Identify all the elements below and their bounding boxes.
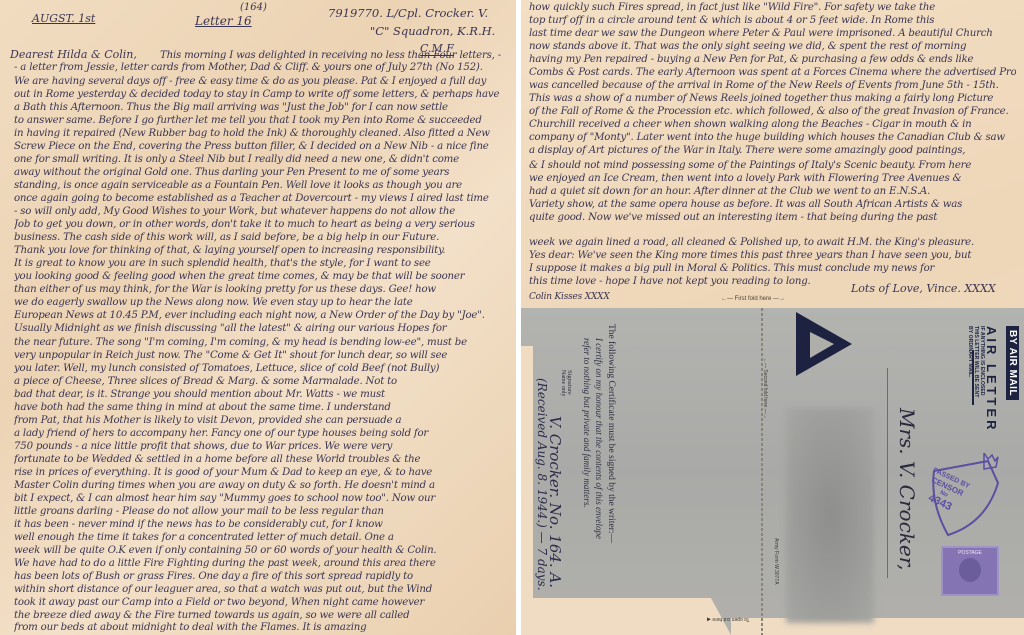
letter-line: the breeze died away & the Fire turned t… (14, 610, 508, 621)
letter-line: top turf off in a circle around tent & w… (529, 15, 1016, 26)
letter-line: it has been - never mind if the news has… (14, 519, 508, 530)
letter-line: than either of us may think, for the War… (14, 284, 508, 295)
postage-stamp: POSTAGE (941, 546, 999, 596)
open-cut-text: To open cut here (712, 616, 749, 622)
letter-line: now stands above it. That was the only s… (529, 41, 1016, 52)
letter-line: a piece of Cheese, Three slices of Bread… (14, 376, 508, 387)
letter-line: We have had to do a little Fire Fighting… (14, 558, 508, 569)
redacted-address (786, 408, 874, 623)
letter-line: Usually Midnight as we finish discussing… (14, 323, 508, 334)
letter-line: was cancelled because of the arrival in … (529, 80, 1016, 91)
letter-line: This morning I was delighted in receivin… (160, 50, 508, 61)
first-fold-text: First fold here (735, 296, 772, 302)
letter-line: - so will only add, My Good Wishes to yo… (14, 206, 508, 217)
arrow-right-icon: —→ (773, 296, 785, 302)
letter-line: how quickly such Fires spread, in fact j… (529, 2, 1016, 13)
air-letter-title: AIR LETTER (984, 326, 999, 433)
enclosure-notice-line: IF ANYTHING IS ENCLOSED (979, 326, 985, 397)
letter-line: Job to get you down, or in other words, … (14, 219, 508, 230)
letter-line: Yes dear: We've seen the King more times… (529, 250, 1016, 261)
certificate-line-1: I certify on my honour that the contents… (594, 338, 604, 539)
letter-line: a display of Art pictures of the War in … (529, 145, 1016, 156)
letter-line: We are having several days off - free & … (14, 76, 508, 87)
letter-line: Churchill received a cheer when shown wa… (529, 119, 1016, 130)
letter-line: rise in prices of everything. It is good… (14, 467, 508, 478)
letter-line: had a quiet sit down for an hour. After … (529, 186, 1016, 197)
certificate-heading: The following Certificate must be signed… (606, 324, 616, 543)
letter-line: European News at 10.45 P.M, ever includi… (14, 310, 508, 321)
letter-line: This was a show of a number of News Reel… (529, 93, 1016, 104)
letter-line: we do eagerly swallow up the News along … (14, 297, 508, 308)
envelope-bottom-strip (731, 618, 1024, 635)
received-note: (Received Aug. 8. 1944.) — 7 days. (535, 378, 549, 591)
letter-line: of the Fall of Rome & the Procession etc… (529, 106, 1016, 117)
second-fold-text: Second fold here (762, 369, 768, 407)
letter-line: business. The cash side of this work wil… (14, 232, 508, 243)
letter-closing: Lots of Love, Vince. XXXX (851, 282, 996, 295)
letter-line: & I should not mind possessing some of t… (529, 160, 1016, 171)
envelope-bottom-flap (521, 598, 731, 635)
letter-line: in having it repaired (New Rubber bag to… (14, 128, 508, 139)
letter-line: out in Rome yesterday & decided today to… (14, 89, 508, 100)
airmail-triangle-icon (794, 310, 854, 378)
letter-line: quite good. Now we've missed out an inte… (529, 212, 1016, 223)
letter-page-left: AUGST. 1st (164) Letter 16 7919770. L/Cp… (0, 0, 516, 635)
signature-label: Signature (566, 370, 573, 397)
arrow-left-icon: ←— (721, 296, 735, 302)
arrow-right-icon: —→ (762, 407, 768, 418)
by-air-mail-badge: BY AIR MAIL (1006, 326, 1019, 400)
letter-line: week will be quite O.K even if only cont… (14, 545, 508, 556)
letter-line: Thank you love for thinking of that, & l… (14, 245, 508, 256)
letter-line: the near future. The song "I'm coming, I… (14, 337, 508, 348)
letter-line: once again going to become established a… (14, 193, 508, 204)
certificate-line-2: refer to nothing but private and family … (582, 338, 592, 508)
letter-line: standing, is once again serviceable as a… (14, 180, 508, 191)
letter-line: Variety show, at the same opera house as… (529, 199, 1016, 210)
letter-line: week we again lined a road, all cleaned … (529, 237, 1016, 248)
first-fold-label: ←— First fold here —→ (721, 296, 785, 302)
sender-service-line: 7919770. L/Cpl. Crocker. V. (328, 6, 488, 20)
letter-line: from Pat, that his Mother is likely to v… (14, 415, 508, 426)
enclosure-notice: IF ANYTHING IS ENCLOSED THIS LETTER WILL… (967, 326, 985, 397)
letter-line: 750 pounds - a nice little profit that s… (14, 441, 508, 452)
letter-number-overwrite: (164) (240, 2, 267, 13)
letter-line: company of "Monty". Later went into the … (529, 132, 1016, 143)
letter-line: from our beds at about midnight to deal … (14, 622, 508, 633)
letter-line: we enjoyed an Ice Cream, then went into … (529, 173, 1016, 184)
arrow-left-icon: ←— (762, 358, 768, 369)
address-rule (887, 368, 888, 578)
stamp-label: POSTAGE (943, 550, 997, 556)
letter-line: bit I expect, & I can almost hear him sa… (14, 493, 508, 504)
letter-line: little groans darling - Please do not al… (14, 506, 508, 517)
letter-line: having my Pen repaired - buying a New Pe… (529, 54, 1016, 65)
letter-line: well enough the time it takes for a conc… (14, 532, 508, 543)
envelope-edge-tab (521, 346, 533, 635)
letter-line: away without the original Gold one. Thus… (14, 167, 508, 178)
form-number: Army Form W.3077A (773, 538, 779, 584)
letter-line: last time dear we saw the Dungeon where … (529, 28, 1016, 39)
sender-squadron-line: "C" Squadron, K.R.H. (370, 24, 495, 38)
second-fold-label: ←— Second fold here —→ (762, 358, 768, 419)
letter-line: Master Colin during times when you are a… (14, 480, 508, 491)
king-portrait-icon (959, 558, 981, 582)
letter-line: fortunate to be Wedded & settled in a ho… (14, 454, 508, 465)
letter-line: one for small writing. It is only a Stee… (14, 154, 508, 165)
letter-line: It is great to know you are in such sple… (14, 258, 508, 269)
letter-line: - a letter from Jessie, letter cards fro… (14, 62, 508, 73)
letter-line: Combs & Post cards. The early Afternoon … (529, 67, 1016, 78)
letter-line: you looking good & feeling good when the… (14, 271, 508, 282)
letter-line: within short distance of our leaguer are… (14, 584, 508, 595)
letter-line: Screw Piece on the End, covering the Pre… (14, 141, 508, 152)
addressee-name: Mrs. V. Crocker, (895, 408, 919, 570)
letter-line: a Bath this Afternoon. Thus the Big mail… (14, 102, 508, 113)
letter-line: very unpopular in Reich just now. The "C… (14, 350, 508, 361)
letter-line: bad that dear, is it. Strange you should… (14, 389, 508, 400)
air-letter-envelope: Signature Name only V. Crocker. No. 164.… (521, 308, 1024, 635)
letter-line: I suppose it makes a big pull in Moral &… (529, 263, 1016, 274)
signature-label-block: Signature Name only (559, 370, 573, 397)
letter-line: took it away past our Camp into a Field … (14, 597, 508, 608)
letter-line: have both had the same thing in mind at … (14, 402, 508, 413)
signature-sublabel: Name only (559, 370, 566, 397)
letter-page-right: how quickly such Fires spread, in fact j… (521, 0, 1024, 635)
letter-line: a lady friend of hers to accompany her. … (14, 428, 508, 439)
air-letter-rule (972, 350, 974, 405)
letter-line: has been lots of Bush or grass Fires. On… (14, 571, 508, 582)
letter-line: you later. Well, my lunch consisted of T… (14, 363, 508, 374)
letter-line: to answer same. Before I go further let … (14, 115, 508, 126)
open-cut-label[interactable]: To open cut here ◀ (707, 616, 749, 622)
letter-date: AUGST. 1st (32, 12, 95, 25)
salutation: Dearest Hilda & Colin, (10, 48, 137, 61)
letter-number: Letter 16 (195, 14, 252, 28)
